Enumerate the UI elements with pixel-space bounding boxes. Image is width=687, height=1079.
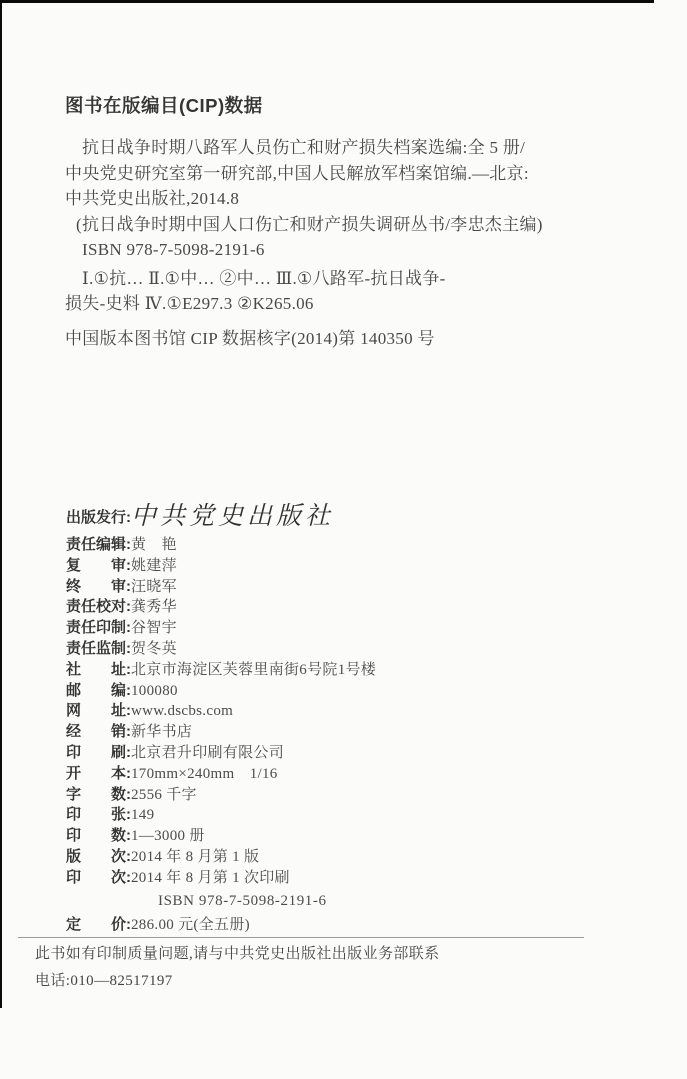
- publication-row: 网 址:www.dscbs.com: [66, 699, 641, 720]
- field-label: 责任印制:: [66, 616, 131, 637]
- field-label: 出版发行:: [66, 506, 131, 527]
- field-label: 邮 编:: [66, 679, 131, 700]
- field-label: 印 刷:: [66, 741, 131, 762]
- field-value: 新华书店: [131, 720, 192, 741]
- cip-record: 抗日战争时期八路军人员伤亡和财产损失档案选编:全 5 册/中央党史研究室第一研究…: [65, 135, 640, 263]
- publication-row: 印 张:149: [66, 803, 641, 824]
- publication-row: 复 审:姚建萍: [66, 554, 641, 575]
- field-label: 印 张:: [66, 803, 131, 824]
- field-value: 中共党史出版社: [131, 504, 334, 529]
- publication-row: 出版发行:中共党史出版社: [66, 500, 641, 533]
- field-label: 复 审:: [66, 554, 131, 575]
- quality-notice: 此书如有印制质量问题,请与中共党史出版社出版业务部联系: [35, 944, 687, 965]
- field-value: 286.00 元(全五册): [131, 913, 250, 934]
- cip-record-line: 抗日战争时期八路军人员伤亡和财产损失档案选编:全 5 册/: [65, 135, 640, 161]
- field-label: 字 数:: [66, 783, 131, 804]
- field-value: 谷智宇: [131, 616, 177, 637]
- field-value: 黄 艳: [131, 533, 177, 554]
- cip-classification-line: 损失-史料 Ⅳ.①E297.3 ②K265.06: [65, 291, 640, 317]
- field-value: 北京君升印刷有限公司: [131, 741, 284, 762]
- field-label: 责任编辑:: [66, 533, 131, 554]
- cip-record-line: (抗日战争时期中国人口伤亡和财产损失调研丛书/李忠杰主编): [65, 212, 640, 238]
- copyright-page: 图书在版编目(CIP)数据 抗日战争时期八路军人员伤亡和财产损失档案选编:全 5…: [0, 0, 687, 1079]
- field-value: 贺冬英: [131, 637, 177, 658]
- scan-edge-left: [0, 0, 2, 1008]
- field-label: 网 址:: [66, 699, 131, 720]
- publication-info-block: 出版发行:中共党史出版社责任编辑:黄 艳复 审:姚建萍终 审:汪晓军责任校对:龚…: [66, 500, 641, 934]
- field-value: 2014 年 8 月第 1 版: [131, 845, 259, 866]
- cip-record-line: 中央党史研究室第一研究部,中国人民解放军档案馆编.—北京:: [65, 161, 640, 187]
- publication-row: 社 址:北京市海淀区芙蓉里南街6号院1号楼: [66, 658, 641, 679]
- publication-row: 责任编辑:黄 艳: [66, 533, 641, 554]
- publication-row: 责任校对:龚秀华: [66, 595, 641, 616]
- publication-row: ISBN 978-7-5098-2191-6: [66, 893, 641, 914]
- cip-registration-number: 中国版本图书馆 CIP 数据核字(2014)第 140350 号: [65, 324, 640, 349]
- field-value: 149: [131, 807, 154, 824]
- field-value: 100080: [131, 683, 178, 700]
- cip-record-line: 中共党史出版社,2014.8: [65, 186, 640, 212]
- field-value: 170mm×240mm 1/16: [131, 762, 278, 783]
- field-value: 龚秀华: [131, 595, 177, 616]
- field-label: 社 址:: [66, 658, 131, 679]
- field-label: 开 本:: [66, 762, 131, 783]
- field-label: 定 价:: [66, 913, 131, 934]
- publication-row: 责任监制:贺冬英: [66, 637, 641, 658]
- scan-edge-top: [0, 0, 654, 3]
- publication-row: 责任印制:谷智宇: [66, 616, 641, 637]
- field-value: 北京市海淀区芙蓉里南街6号院1号楼: [131, 658, 376, 679]
- contact-phone: 电话:010—82517197: [35, 971, 687, 992]
- cip-data-block: 图书在版编目(CIP)数据 抗日战争时期八路军人员伤亡和财产损失档案选编:全 5…: [65, 92, 640, 349]
- publication-row: 开 本:170mm×240mm 1/16: [66, 762, 641, 783]
- publication-row: 邮 编:100080: [66, 679, 641, 700]
- page-footer: 此书如有印制质量问题,请与中共党史出版社出版业务部联系 电话:010—82517…: [0, 937, 687, 992]
- field-value: www.dscbs.com: [131, 703, 233, 720]
- field-value: 2556 千字: [131, 783, 197, 804]
- publication-row: 印 次:2014 年 8 月第 1 次印刷: [66, 866, 641, 887]
- field-label: 印 数:: [66, 824, 131, 845]
- field-value: 1—3000 册: [131, 824, 205, 845]
- publication-row: 定 价:286.00 元(全五册): [66, 913, 641, 934]
- publication-row: 印 刷:北京君升印刷有限公司: [66, 741, 641, 762]
- footer-divider: [18, 937, 584, 938]
- publication-row: 字 数:2556 千字: [66, 783, 641, 804]
- field-value: ISBN 978-7-5098-2191-6: [158, 893, 327, 910]
- field-label: 责任监制:: [66, 637, 131, 658]
- publication-row: 印 数:1—3000 册: [66, 824, 641, 845]
- cip-heading: 图书在版编目(CIP)数据: [65, 92, 640, 118]
- publication-row: 版 次:2014 年 8 月第 1 版: [66, 845, 641, 866]
- cip-record-line: ISBN 978-7-5098-2191-6: [65, 237, 640, 263]
- field-label: 终 审:: [66, 575, 131, 596]
- cip-classification-line: Ⅰ.①抗… Ⅱ.①中… ②中… Ⅲ.①八路军-抗日战争-: [65, 266, 640, 292]
- publication-row: 经 销:新华书店: [66, 720, 641, 741]
- field-value: 姚建萍: [131, 554, 177, 575]
- field-label: 印 次:: [66, 866, 131, 887]
- field-value: 汪晓军: [131, 575, 177, 596]
- cip-classification: Ⅰ.①抗… Ⅱ.①中… ②中… Ⅲ.①八路军-抗日战争-损失-史料 Ⅳ.①E29…: [65, 266, 640, 317]
- field-label: 经 销:: [66, 720, 131, 741]
- field-label: 责任校对:: [66, 595, 131, 616]
- publication-row: 终 审:汪晓军: [66, 575, 641, 596]
- field-value: 2014 年 8 月第 1 次印刷: [131, 866, 290, 887]
- field-label: 版 次:: [66, 845, 131, 866]
